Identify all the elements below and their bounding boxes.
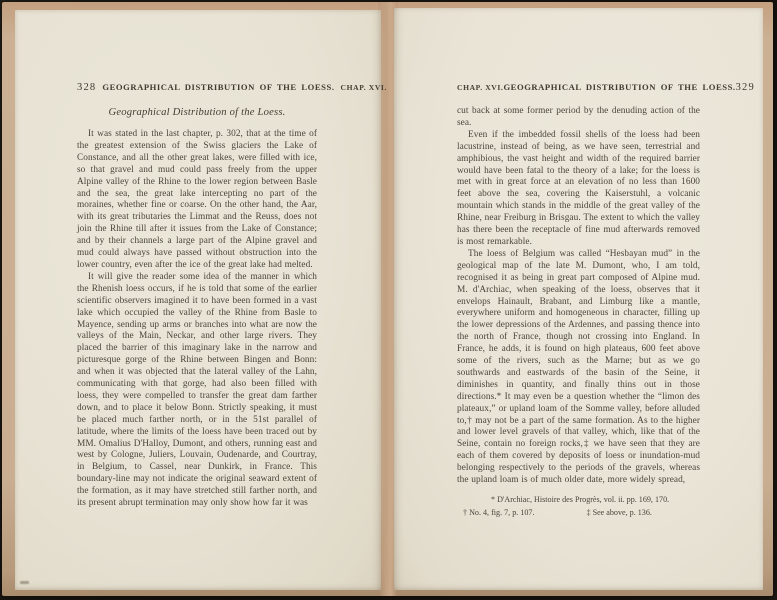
left-running-header-title: GEOGRAPHICAL DISTRIBUTION OF THE LOESS. bbox=[96, 82, 340, 92]
left-page-number: 328 bbox=[77, 82, 96, 93]
right-page: CHAP. XVI. GEOGRAPHICAL DISTRIBUTION OF … bbox=[394, 8, 763, 590]
section-title: Geographical Distribution of the Loess. bbox=[77, 107, 317, 118]
right-chapter-label: CHAP. XVI. bbox=[457, 83, 503, 92]
right-running-head: CHAP. XVI. GEOGRAPHICAL DISTRIBUTION OF … bbox=[457, 82, 700, 93]
printer-signature-mark bbox=[20, 581, 29, 584]
left-paragraph-1: It was stated in the last chapter, p. 30… bbox=[77, 129, 317, 272]
left-page: 328 GEOGRAPHICAL DISTRIBUTION OF THE LOE… bbox=[15, 10, 381, 590]
book-spread-photo: 328 GEOGRAPHICAL DISTRIBUTION OF THE LOE… bbox=[0, 0, 777, 600]
footnote-dagger: † No. 4, fig. 7, p. 107. bbox=[463, 507, 535, 520]
footnotes-block: * D'Archiac, Histoire des Progrès, vol. … bbox=[457, 494, 700, 519]
footnote-row: † No. 4, fig. 7, p. 107. ‡ See above, p.… bbox=[457, 507, 700, 520]
footnote-asterisk: * D'Archiac, Histoire des Progrès, vol. … bbox=[457, 494, 700, 507]
right-paragraph-3: The loess of Belgium was called “Hesbaya… bbox=[457, 249, 700, 487]
right-page-number: 329 bbox=[736, 82, 755, 93]
left-text-column: 328 GEOGRAPHICAL DISTRIBUTION OF THE LOE… bbox=[77, 82, 317, 510]
right-paragraph-1: cut back at some former period by the de… bbox=[457, 106, 700, 130]
right-text-column: CHAP. XVI. GEOGRAPHICAL DISTRIBUTION OF … bbox=[457, 82, 700, 519]
footnote-double-dagger: ‡ See above, p. 136. bbox=[587, 507, 652, 520]
left-chapter-label: CHAP. XVI. bbox=[341, 83, 387, 92]
right-paragraph-2: Even if the imbedded fossil shells of th… bbox=[457, 130, 700, 249]
left-running-head: 328 GEOGRAPHICAL DISTRIBUTION OF THE LOE… bbox=[77, 82, 317, 93]
left-paragraph-2: It will give the reader some idea of the… bbox=[77, 272, 317, 510]
right-running-header-title: GEOGRAPHICAL DISTRIBUTION OF THE LOESS. bbox=[503, 82, 735, 92]
